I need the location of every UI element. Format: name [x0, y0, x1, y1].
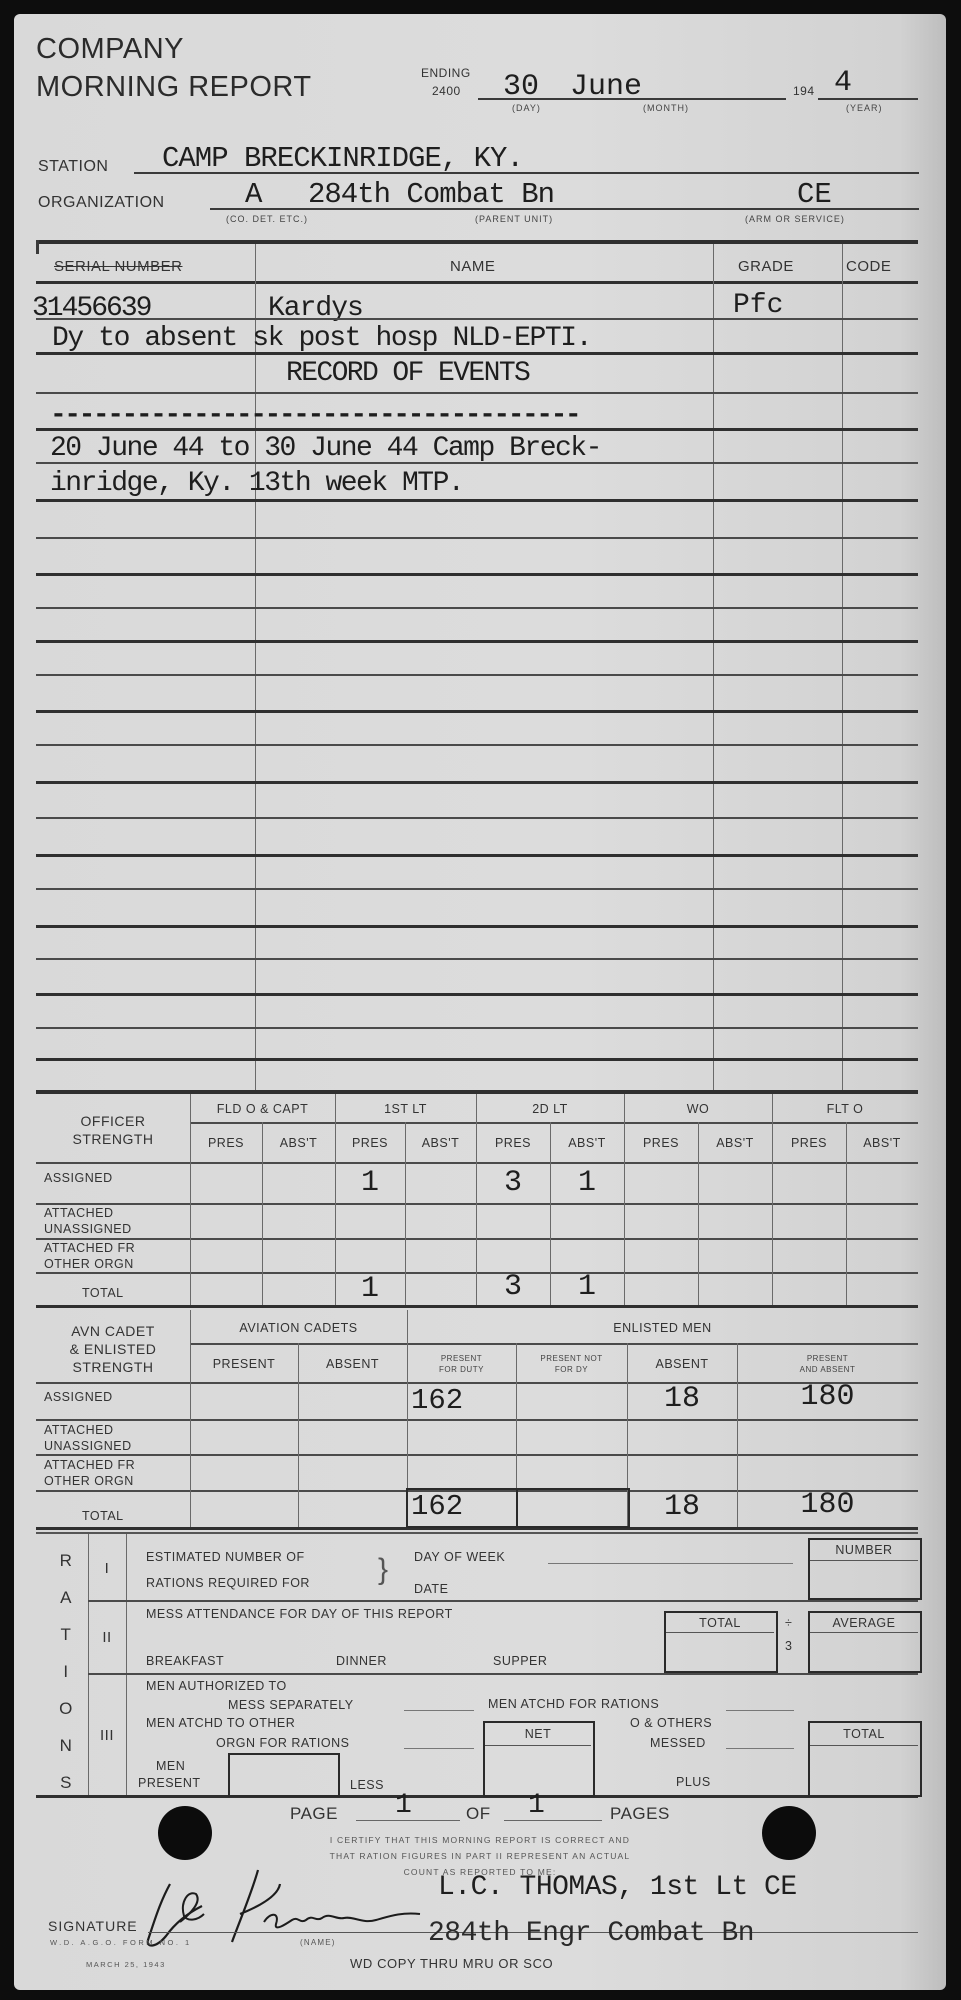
entry-remark: Dy to absent sk post hosp NLD-EPTI.	[52, 323, 591, 354]
year-caption: (YEAR)	[846, 103, 883, 113]
part-i-text-1: ESTIMATED NUMBER OF	[146, 1550, 305, 1564]
sub-abst: ABS'T	[550, 1124, 624, 1162]
form-date: MARCH 25, 1943	[86, 1960, 166, 1969]
men-authorized-label-1: MEN AUTHORIZED TO	[146, 1679, 287, 1693]
event-line-2: inridge, Ky. 13th week MTP.	[50, 468, 463, 499]
ending-label: ENDING	[421, 66, 471, 80]
net-label: NET	[485, 1723, 591, 1745]
mess-separately-field[interactable]	[404, 1710, 474, 1711]
part-ii-numeral: II	[88, 1602, 126, 1673]
part-i-numeral: I	[88, 1536, 126, 1600]
sub-pres: PRES	[772, 1124, 846, 1162]
group-wo: WO	[624, 1095, 772, 1122]
of-label: OF	[466, 1804, 491, 1824]
group-fld-o-capt: FLD O & CAPT	[190, 1095, 335, 1122]
report-day: 30	[503, 70, 539, 104]
o-others-field[interactable]	[726, 1748, 794, 1749]
row-label-total: TOTAL	[82, 1286, 124, 1300]
group-1st-lt: 1ST LT	[335, 1095, 476, 1122]
brace-icon: }	[378, 1546, 389, 1594]
sub-abst: ABS'T	[698, 1124, 772, 1162]
date-label: DATE	[414, 1582, 448, 1596]
row-label-attached-fr-other: ATTACHED FR OTHER ORGN	[44, 1457, 164, 1489]
enlisted-title-2: & ENLISTED	[70, 1340, 157, 1358]
record-of-events-heading: RECORD OF EVENTS	[286, 358, 529, 389]
signer-name-rank: L.C. THOMAS, 1st Lt CE	[438, 1872, 797, 1903]
events-separator: -------------------------------------	[50, 400, 840, 431]
part-iii-numeral: III	[88, 1675, 126, 1795]
ending-time: 2400	[432, 84, 461, 98]
form-title-company: COMPANY	[36, 32, 184, 66]
name-caption: (NAME)	[300, 1938, 336, 1947]
day-of-week-label: DAY OF WEEK	[414, 1550, 505, 1564]
em-total-present-duty: 162	[411, 1490, 463, 1523]
row-label-attached-fr-other: ATTACHED FR OTHER ORGN	[44, 1240, 164, 1272]
dinner-label: DINNER	[336, 1654, 387, 1668]
sub-pres: PRES	[190, 1124, 262, 1162]
mess-attendance-title: MESS ATTENDANCE FOR DAY OF THIS REPORT	[146, 1607, 453, 1621]
men-present-box[interactable]	[228, 1753, 340, 1797]
row-label-attached-unassigned: ATTACHED UNASSIGNED	[44, 1205, 164, 1237]
sub-pres: PRES	[624, 1124, 698, 1162]
sub-pres: PRES	[335, 1124, 405, 1162]
col-name: NAME	[450, 258, 495, 275]
o-others-label-1: O & OTHERS	[630, 1716, 712, 1730]
men-atchd-other-label-2: ORGN FOR RATIONS	[216, 1736, 349, 1750]
day-of-week-field[interactable]	[548, 1563, 793, 1564]
row-label-total: TOTAL	[82, 1509, 124, 1523]
sub-abst: ABS'T	[262, 1124, 335, 1162]
col-cadet-present: PRESENT	[190, 1345, 298, 1382]
divisor-value: 3	[785, 1639, 792, 1653]
row-label-assigned: ASSIGNED	[44, 1171, 113, 1185]
officer-total-2dlt-pres: 3	[476, 1270, 550, 1304]
col-em-absent: ABSENT	[627, 1345, 737, 1382]
copy-note: WD COPY THRU MRU OR SCO	[350, 1956, 553, 1971]
form-number: W.D. A.G.O. FORM NO. 1	[50, 1938, 192, 1947]
group-aviation-cadets: AVIATION CADETS	[190, 1312, 407, 1343]
sub-pres: PRES	[476, 1124, 550, 1162]
supper-label: SUPPER	[493, 1654, 547, 1668]
row-label-assigned: ASSIGNED	[44, 1390, 113, 1404]
officer-strength-title-2: STRENGTH	[73, 1130, 154, 1148]
atchd-for-rations-field[interactable]	[726, 1710, 794, 1711]
enlisted-title-3: STRENGTH	[73, 1358, 154, 1376]
org-arm-service: CE	[797, 178, 832, 211]
report-year-digit: 4	[834, 66, 852, 100]
part-i-text-2: RATIONS REQUIRED FOR	[146, 1576, 310, 1590]
event-line-1: 20 June 44 to 30 June 44 Camp Breck-	[50, 433, 601, 464]
average-label: AVERAGE	[810, 1613, 918, 1632]
org-company: A	[245, 178, 262, 211]
atchd-other-orgn-field[interactable]	[404, 1748, 474, 1749]
men-present-label-1: MEN	[156, 1759, 185, 1773]
men-authorized-label-2: MESS SEPARATELY	[228, 1698, 354, 1712]
o-others-label-2: MESSED	[650, 1736, 706, 1750]
report-month: June	[570, 70, 642, 104]
parent-unit-caption: (PARENT UNIT)	[475, 214, 553, 224]
group-flt-o: FLT O	[772, 1095, 918, 1122]
col-present-not-for-duty: PRESENT NOT FOR DY	[516, 1345, 627, 1382]
plus-label: PLUS	[676, 1775, 711, 1789]
col-present-for-duty: PRESENT FOR DUTY	[407, 1345, 516, 1382]
enlisted-title-1: AVN CADET	[71, 1322, 155, 1340]
men-atchd-other-label-1: MEN ATCHD TO OTHER	[146, 1716, 295, 1730]
pages-label: PAGES	[610, 1804, 670, 1824]
divide-icon: ÷	[785, 1616, 792, 1630]
arm-caption: (ARM OR SERVICE)	[745, 214, 845, 224]
em-total-absent: 18	[627, 1490, 737, 1524]
group-2d-lt: 2D LT	[476, 1095, 624, 1122]
signature-label: SIGNATURE	[48, 1918, 138, 1934]
breakfast-label: BREAKFAST	[146, 1654, 224, 1668]
sub-abst: ABS'T	[846, 1124, 918, 1162]
col-grade: GRADE	[738, 258, 794, 275]
men-atchd-for-rations-label: MEN ATCHD FOR RATIONS	[488, 1697, 659, 1711]
number-box-label: NUMBER	[810, 1540, 918, 1560]
month-caption: (MONTH)	[643, 103, 689, 113]
officer-total-1stlt-pres: 1	[335, 1272, 405, 1306]
rations-total-label: TOTAL	[810, 1723, 918, 1745]
page-total: 1	[528, 1790, 545, 1821]
col-cadet-absent: ABSENT	[298, 1345, 407, 1382]
signer-unit: 284th Engr Combat Bn	[428, 1918, 754, 1949]
organization-label: ORGANIZATION	[38, 194, 165, 212]
officer-assigned-2dlt-abst: 1	[550, 1162, 624, 1204]
em-assigned-present-duty: 162	[411, 1384, 463, 1417]
page-label: PAGE	[290, 1804, 338, 1824]
col-code: CODE	[846, 258, 891, 275]
co-caption: (CO. DET. ETC.)	[226, 214, 308, 224]
station-label: STATION	[38, 158, 108, 176]
officer-assigned-1stlt-pres: 1	[335, 1162, 405, 1204]
less-label: LESS	[350, 1778, 384, 1792]
form-title-morning-report: MORNING REPORT	[36, 70, 312, 104]
mess-total-label: TOTAL	[666, 1613, 774, 1632]
day-caption: (DAY)	[512, 103, 541, 113]
sub-abst: ABS'T	[405, 1124, 476, 1162]
col-serial-number: SERIAL NUMBER	[54, 258, 182, 275]
year-prefix: 194	[793, 84, 815, 98]
officer-assigned-2dlt-pres: 3	[476, 1162, 550, 1204]
em-total-present-and-absent: 180	[737, 1488, 918, 1522]
group-enlisted-men: ENLISTED MEN	[407, 1312, 918, 1343]
station-value: CAMP BRECKINRIDGE, KY.	[162, 142, 523, 175]
rations-side-label: R A T I O N S	[56, 1542, 76, 1801]
col-present-and-absent: PRESENT AND ABSENT	[737, 1345, 918, 1382]
men-present-label-2: PRESENT	[138, 1776, 201, 1790]
officer-total-2dlt-abst: 1	[550, 1270, 624, 1304]
row-label-attached-unassigned: ATTACHED UNASSIGNED	[44, 1422, 164, 1454]
em-assigned-present-and-absent: 180	[737, 1380, 918, 1414]
page-number: 1	[395, 1790, 412, 1821]
entry-grade: Pfc	[733, 290, 783, 321]
em-assigned-absent: 18	[627, 1382, 737, 1416]
morning-report-form	[14, 14, 946, 1990]
org-parent-unit: 284th Combat Bn	[308, 178, 554, 211]
officer-strength-title-1: OFFICER	[81, 1112, 146, 1130]
